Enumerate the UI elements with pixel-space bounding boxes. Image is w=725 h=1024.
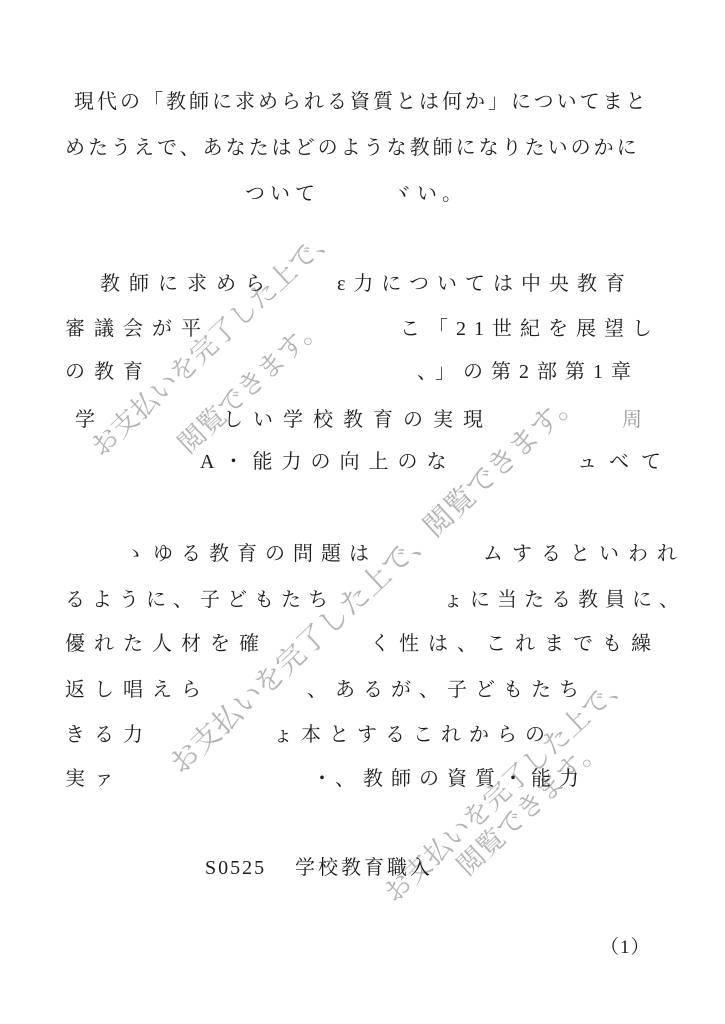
page-number: （1） [600,936,651,960]
body-line-7: るように、子どもたち [65,588,335,612]
body-line-11: 実ァ [65,767,123,791]
footer-line: 学校教育職入 [295,856,433,880]
body-line-5: ュべて [577,450,673,474]
body-line-6: ムするといわれ [483,542,686,566]
body-line-10: きる力 [65,723,152,747]
prompt-line-3: ついて [245,182,320,206]
body-line-11: ･、教師の資質・能力 [317,767,587,791]
body-line-8: 優れた人材を確 [65,632,268,656]
body-line-5: A・能力の向上のな [200,450,455,474]
prompt-line-3: ヾい。 [392,182,467,206]
body-line-10: ょ本とするこれからの [273,723,553,747]
text-layer: 現代の「教師に求められる資質とは何か」についてまとめたうえで、あなたはどのような… [0,0,725,1024]
body-line-2: こ「21世紀を展望し [400,317,660,341]
body-line-6: ゝゆる教育の問題は [125,542,377,566]
body-line-2: 審議会が平 [65,317,210,341]
document-page: お支払いを完了した上で、閲覧できます。お支払いを完了した上で、閲覧できます。お支… [0,0,725,1024]
prompt-line-2: めたうえで、あなたはどのような教師になりたいのかに [65,136,640,160]
body-line-4: 学 [75,408,104,432]
body-line-9: 、あるが、子どもたち [307,678,587,702]
body-line-9: 返し唱えら [65,678,210,702]
body-line-1: ε力については中央教育 [337,272,633,296]
prompt-line-1: 現代の「教師に求められる資質とは何か」についてまと [74,90,649,114]
body-line-4: 周 [622,408,642,432]
body-line-1: 教師に求めら [100,272,274,296]
footer-line: S0525 [205,856,266,880]
body-line-4: しい学校教育の実現 [223,408,493,432]
body-line-8: く性は、これまでも繰 [370,632,660,656]
body-line-3: の教育 [65,360,152,384]
body-line-3: 、」の第2部第1章 [417,360,639,384]
body-line-7: ょに当たる教員に、 [443,588,686,612]
